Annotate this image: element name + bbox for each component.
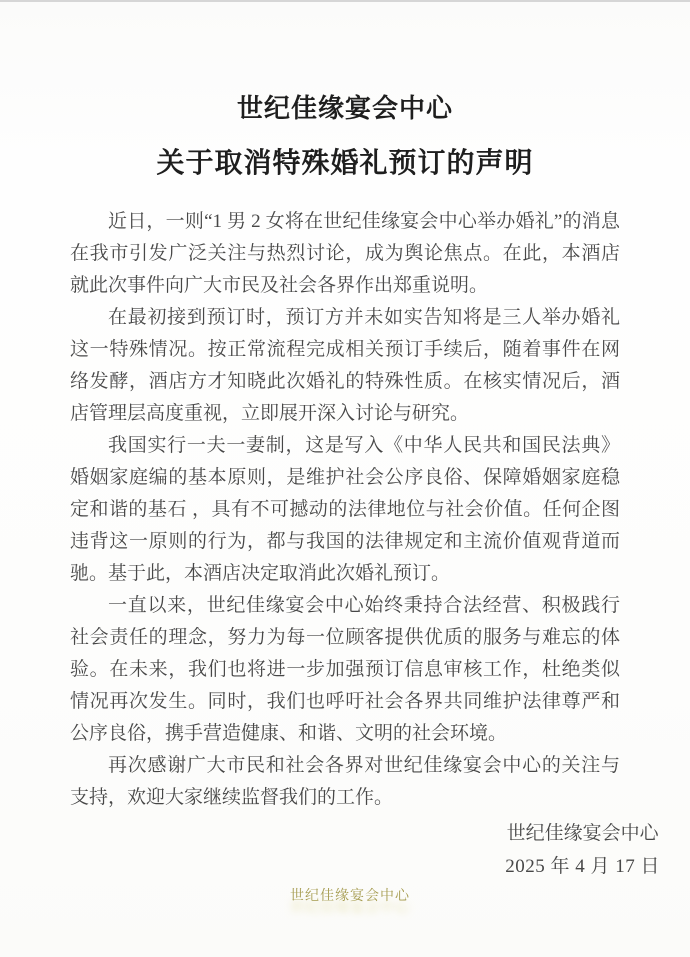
statement-paragraph-4: 一直以来，世纪佳缘宴会中心始终秉持合法经营、积极践行社会责任的理念，努力为每一位… xyxy=(70,590,620,750)
photo-top-edge-line xyxy=(0,0,690,2)
signature-name: 世纪佳缘宴会中心 xyxy=(505,817,660,851)
signature-inner: 世纪佳缘宴会中心 2025 年 4 月 17 日 xyxy=(505,817,660,882)
statement-paragraph-1: 近日，一则“1 男 2 女将在世纪佳缘宴会中心举办婚礼”的消息在我市引发广泛关注… xyxy=(70,206,620,302)
statement-body: 近日，一则“1 男 2 女将在世纪佳缘宴会中心举办婚礼”的消息在我市引发广泛关注… xyxy=(0,206,690,814)
signature-block: 世纪佳缘宴会中心 2025 年 4 月 17 日 xyxy=(0,817,690,882)
statement-paragraph-2: 在最初接到预订时，预订方并未如实告知将是三人举办婚礼这一特殊情况。按正常流程完成… xyxy=(70,302,620,430)
statement-paragraph-5: 再次感谢广大市民和社会各界对世纪佳缘宴会中心的关注与支持，欢迎大家继续监督我们的… xyxy=(70,750,620,814)
statement-page: 世纪佳缘宴会中心 关于取消特殊婚礼预订的声明 近日，一则“1 男 2 女将在世纪… xyxy=(0,0,690,957)
footer-watermark: 世纪佳缘宴会中心 xyxy=(10,889,690,905)
statement-title-subject: 关于取消特殊婚礼预订的声明 xyxy=(0,148,690,180)
statement-paragraph-3: 我国实行一夫一妻制，这是写入《中华人民共和国民法典》婚姻家庭编的基本原则，是维护… xyxy=(70,430,620,590)
signature-date: 2025 年 4 月 17 日 xyxy=(505,851,660,882)
statement-title-org: 世纪佳缘宴会中心 xyxy=(0,0,690,124)
